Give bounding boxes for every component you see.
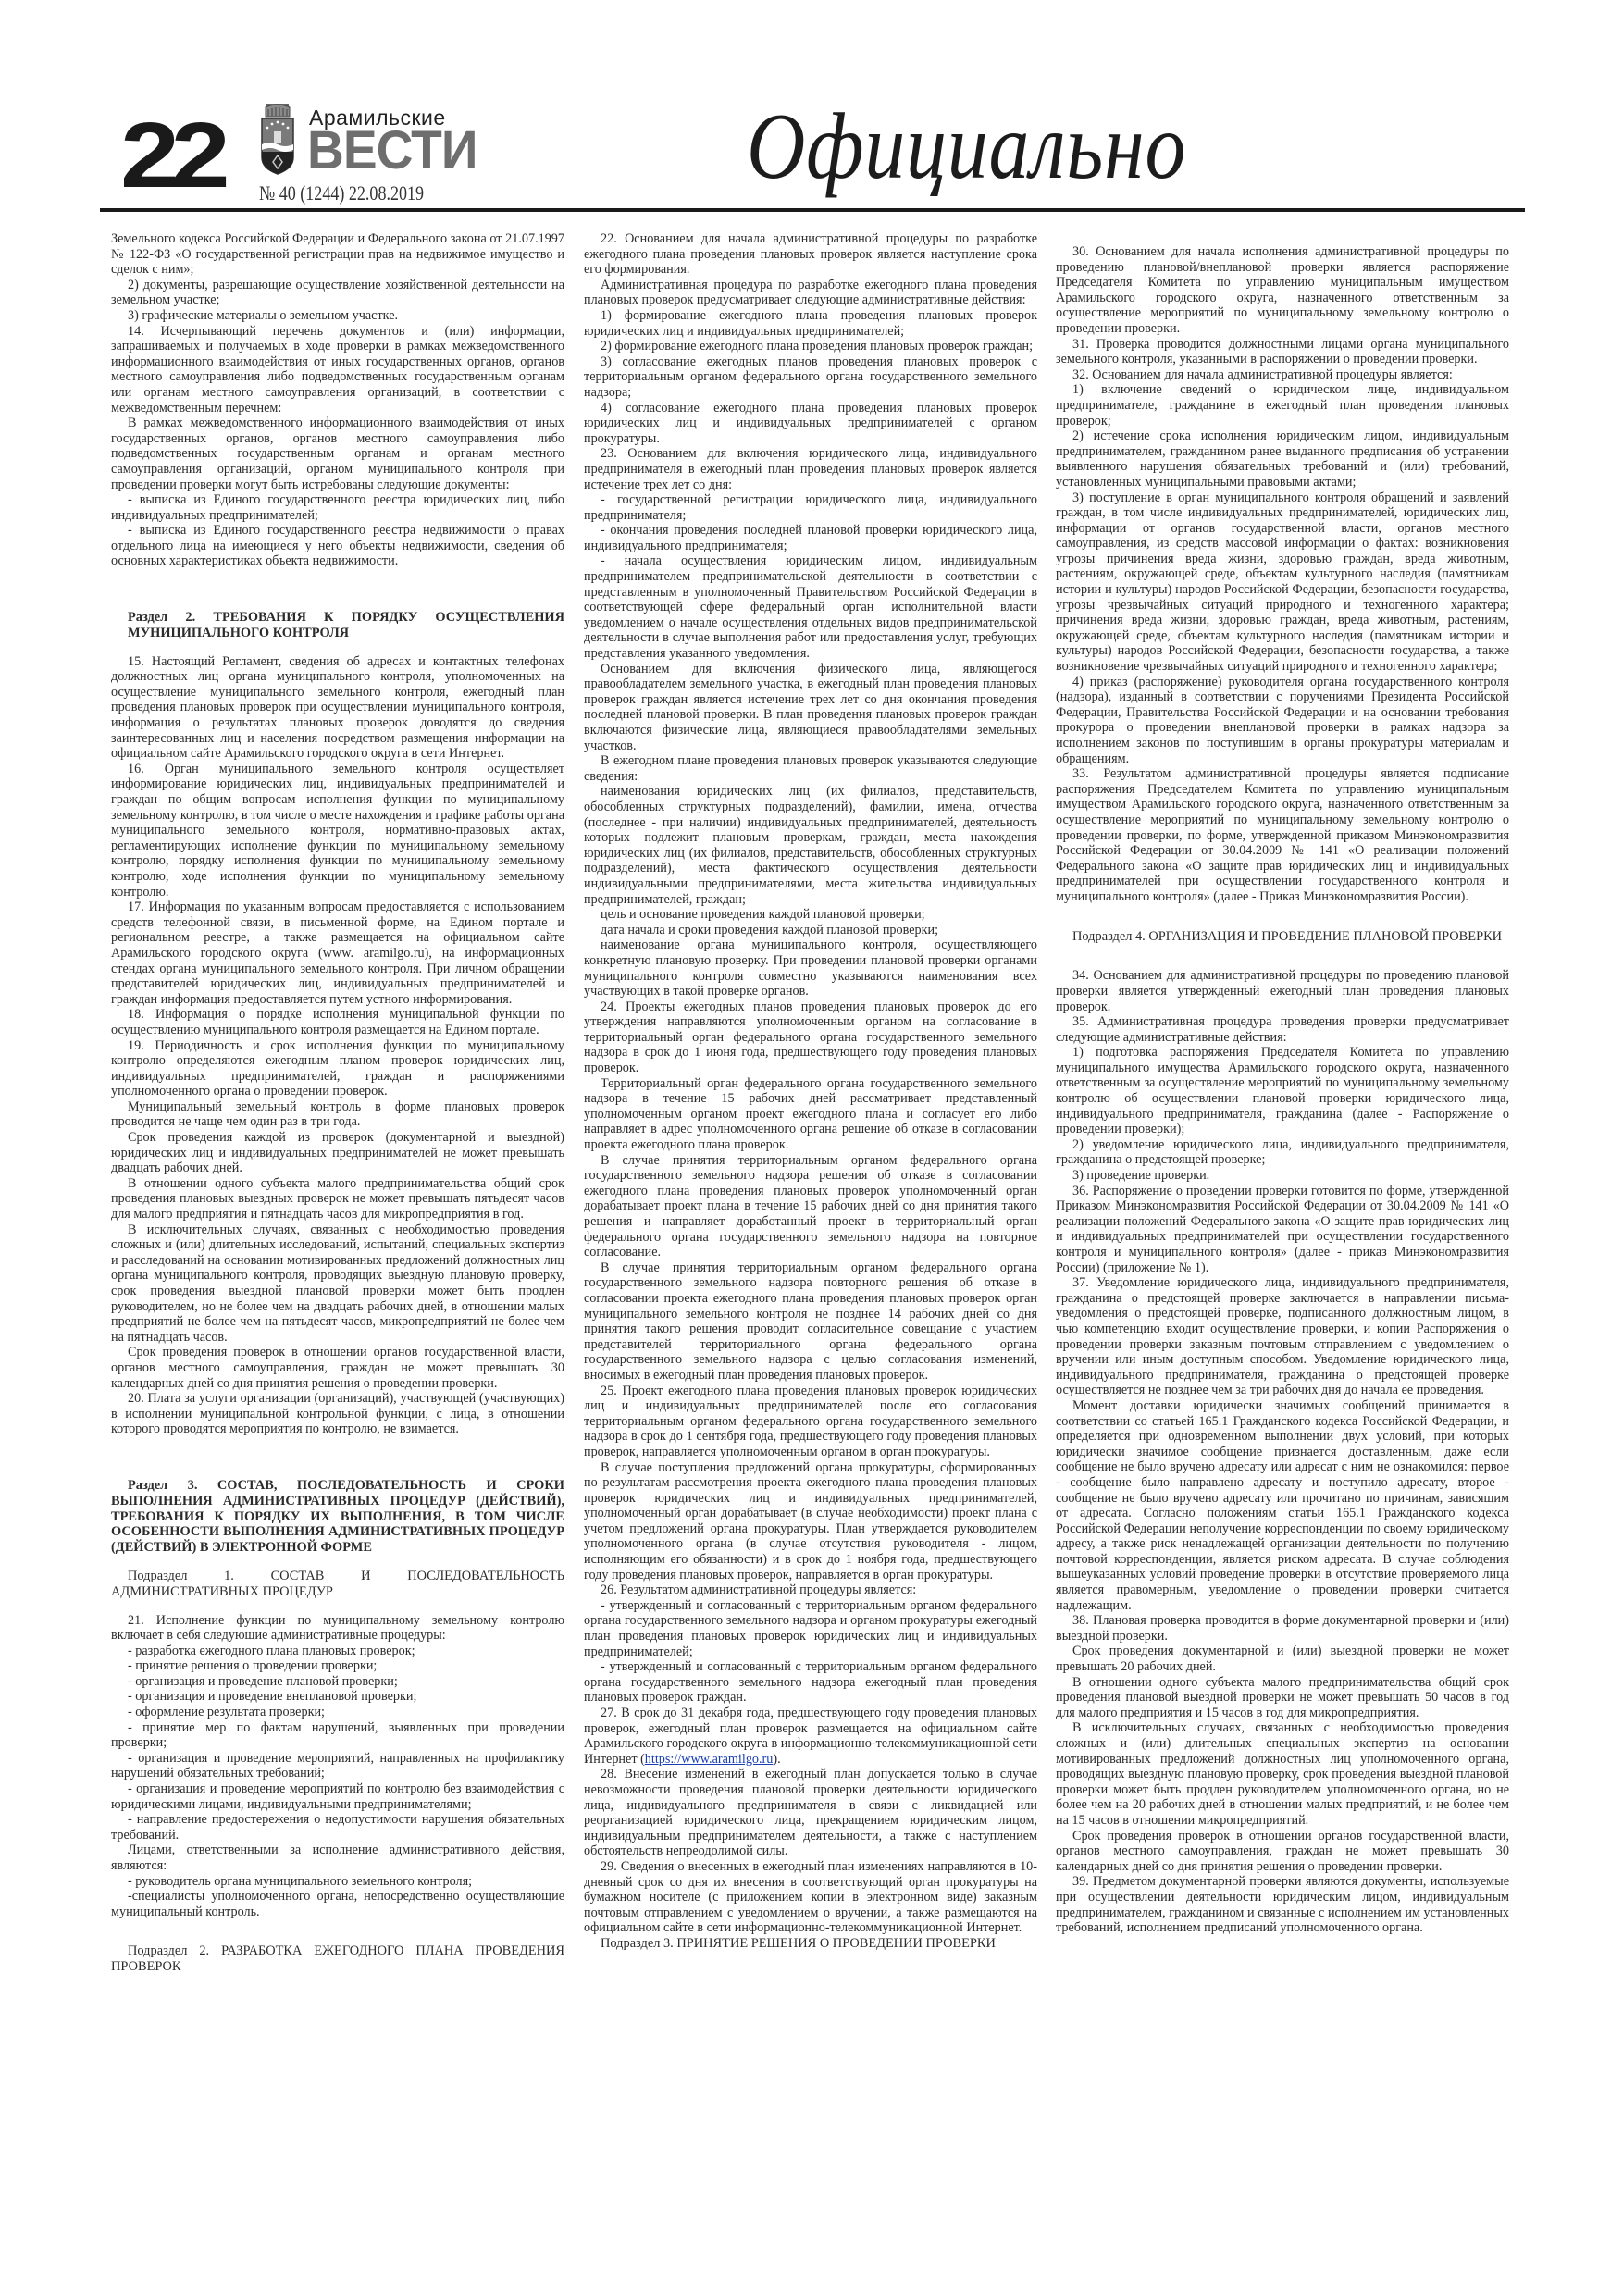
paragraph: 15. Настоящий Регламент, сведения об адр… [111,654,564,762]
paragraph: - выписка из Единого государственного ре… [111,523,564,569]
paragraph: Территориальный орган федерального орган… [584,1076,1037,1153]
paragraph: В отношении одного субъекта малого предп… [1056,1675,1509,1721]
paragraph: В исключительных случаях, связанных с не… [1056,1720,1509,1828]
paragraph-text: ). [773,1752,780,1767]
paragraph: - окончания проведения последней планово… [584,523,1037,553]
section-heading: Раздел 3. СОСТАВ, ПОСЛЕДОВАТЕЛЬНОСТЬ И С… [111,1478,564,1556]
paragraph: Срок проведения каждой из проверок (доку… [111,1130,564,1176]
paragraph: Основанием для включения физического лиц… [584,662,1037,754]
paragraph: Административная процедура по разработке… [584,278,1037,308]
paragraph: 38. Плановая проверка проводится в форме… [1056,1613,1509,1644]
paragraph: 1) формирование ежегодного плана проведе… [584,308,1037,339]
paragraph: 3) проведение проверки. [1056,1168,1509,1184]
paragraph: В рамках межведомственного информационно… [111,416,564,492]
paragraph: Лицами, ответственными за исполнение адм… [111,1843,564,1873]
paragraph: 23. Основанием для включения юридическог… [584,446,1037,492]
paragraph: 19. Периодичность и срок исполнения функ… [111,1038,564,1099]
paragraph: 14. Исчерпывающий перечень документов и … [111,324,564,416]
paragraph: - утвержденный и согласованный с террито… [584,1598,1037,1659]
paragraph: 37. Уведомление юридического лица, индив… [1056,1275,1509,1398]
paragraph: 34. Основанием для административной проц… [1056,968,1509,1014]
paragraph: 39. Предметом документарной проверки явл… [1056,1874,1509,1935]
paragraph: - государственной регистрации юридическо… [584,492,1037,523]
paragraph: В случае принятия территориальным органо… [584,1153,1037,1260]
paragraph: 3) графические материалы о земельном уча… [111,308,564,324]
paragraph: Земельного кодекса Российской Федерации … [111,231,564,278]
section-title: Официально [747,93,1186,201]
paragraph: 32. Основанием для начала административн… [1056,367,1509,383]
paragraph: 17. Информация по указанным вопросам пре… [111,900,564,1007]
list-item: - организация и проведение мероприятий, … [111,1751,564,1781]
paragraph: - руководитель органа муниципального зем… [111,1874,564,1890]
paragraph: В случае поступления предложений органа … [584,1460,1037,1583]
column-1: Земельного кодекса Российской Федерации … [111,231,564,1975]
paragraph: 18. Информация о порядке исполнения муни… [111,1007,564,1037]
column-3: 30. Основанием для начала исполнения адм… [1056,231,1509,1936]
paragraph: - утвержденный и согласованный с террито… [584,1659,1037,1706]
paragraph: В ежегодном плане проведения плановых пр… [584,753,1037,784]
subsection-heading: Подраздел 3. ПРИНЯТИЕ РЕШЕНИЯ О ПРОВЕДЕН… [584,1936,1037,1952]
coat-of-arms-icon [259,104,296,176]
paragraph: Срок проведения проверок в отношении орг… [1056,1829,1509,1875]
page-number: 22 [120,109,222,202]
paragraph: 29. Сведения о внесенных в ежегодный пла… [584,1859,1037,1936]
paragraph: 33. Результатом административной процеду… [1056,766,1509,904]
list-item: - оформление результата проверки; [111,1705,564,1720]
paragraph: 35. Административная процедура проведени… [1056,1014,1509,1045]
paragraph: 4) согласование ежегодного плана проведе… [584,401,1037,447]
paragraph: 2) документы, разрешающие осуществление … [111,278,564,308]
list-item: - разработка ежегодного плана плановых п… [111,1644,564,1659]
masthead: 22 Арамильские ВЕСТИ № 40 (1244) 22.08.2… [104,100,1529,211]
list-item: - направление предостережения о недопуст… [111,1812,564,1843]
paragraph: 16. Орган муниципального земельного конт… [111,762,564,900]
paragraph: 4) приказ (распоряжение) руководителя ор… [1056,675,1509,767]
paragraph: 2) формирование ежегодного плана проведе… [584,339,1037,354]
list-item: - принятие решения о проведении проверки… [111,1658,564,1674]
paragraph: 21. Исполнение функции по муниципальному… [111,1613,564,1644]
paragraph: 26. Результатом административной процеду… [584,1582,1037,1598]
paragraph: В исключительных случаях, связанных с не… [111,1222,564,1346]
paragraph: Момент доставки юридически значимых сооб… [1056,1398,1509,1613]
paragraph: 2) истечение срока исполнения юридически… [1056,428,1509,490]
issue-info: № 40 (1244) 22.08.2019 [259,181,424,205]
paragraph: наименования юридических лиц (их филиало… [584,784,1037,907]
paragraph: 31. Проверка проводится должностными лиц… [1056,337,1509,367]
header-rule [100,208,1525,212]
paragraph: 3) поступление в орган муниципального ко… [1056,490,1509,675]
newspaper-name-main: ВЕСТИ [307,124,477,178]
column-2: 22. Основанием для начала административн… [584,231,1037,1952]
paragraph: - выписка из Единого государственного ре… [111,492,564,523]
paragraph: 28. Внесение изменений в ежегодный план … [584,1767,1037,1859]
paragraph: 27. В срок до 31 декабря года, предшеств… [584,1706,1037,1767]
paragraph: В случае принятия территориальным органо… [584,1260,1037,1384]
paragraph: цель и основание проведения каждой плано… [584,907,1037,923]
website-link[interactable]: https://www.aramilgo.ru [645,1752,774,1767]
paragraph: Муниципальный земельный контроль в форме… [111,1099,564,1130]
paragraph: В отношении одного субъекта малого предп… [111,1176,564,1222]
paragraph: Срок проведения документарной и (или) вы… [1056,1644,1509,1674]
subsection-heading: Подраздел 2. РАЗРАБОТКА ЕЖЕГОДНОГО ПЛАНА… [111,1943,564,1975]
section-heading: Раздел 2. ТРЕБОВАНИЯ К ПОРЯДКУ ОСУЩЕСТВЛ… [111,610,564,641]
paragraph: 22. Основанием для начала административн… [584,231,1037,278]
paragraph: 36. Распоряжение о проведении проверки г… [1056,1184,1509,1276]
paragraph: 20. Плата за услуги организации (организ… [111,1391,564,1437]
paragraph: -специалисты уполномоченного органа, неп… [111,1889,564,1919]
paragraph: 1) включение сведений о юридическом лице… [1056,382,1509,428]
list-item: - организация и проведение плановой пров… [111,1674,564,1690]
paragraph: 1) подготовка распоряжения Председателя … [1056,1045,1509,1137]
subsection-heading: Подраздел 4. ОРГАНИЗАЦИЯ И ПРОВЕДЕНИЕ ПЛ… [1056,929,1509,945]
paragraph: 3) согласование ежегодных планов проведе… [584,354,1037,401]
paragraph: 30. Основанием для начала исполнения адм… [1056,244,1509,337]
list-item: - организация и проведение внеплановой п… [111,1689,564,1705]
subsection-heading: Подраздел 1. СОСТАВ И ПОСЛЕДОВАТЕЛЬНОСТЬ… [111,1569,564,1600]
paragraph: - начала осуществления юридическим лицом… [584,553,1037,661]
paragraph: наименование органа муниципального контр… [584,937,1037,999]
list-item: - организация и проведение мероприятий п… [111,1781,564,1812]
list-item: - принятие мер по фактам нарушений, выяв… [111,1720,564,1751]
paragraph: 24. Проекты ежегодных планов проведения … [584,999,1037,1076]
paragraph: Срок проведения проверок в отношении орг… [111,1345,564,1391]
paragraph: 2) уведомление юридического лица, индиви… [1056,1137,1509,1168]
paragraph: дата начала и сроки проведения каждой пл… [584,923,1037,938]
paragraph: 25. Проект ежегодного плана проведения п… [584,1384,1037,1460]
